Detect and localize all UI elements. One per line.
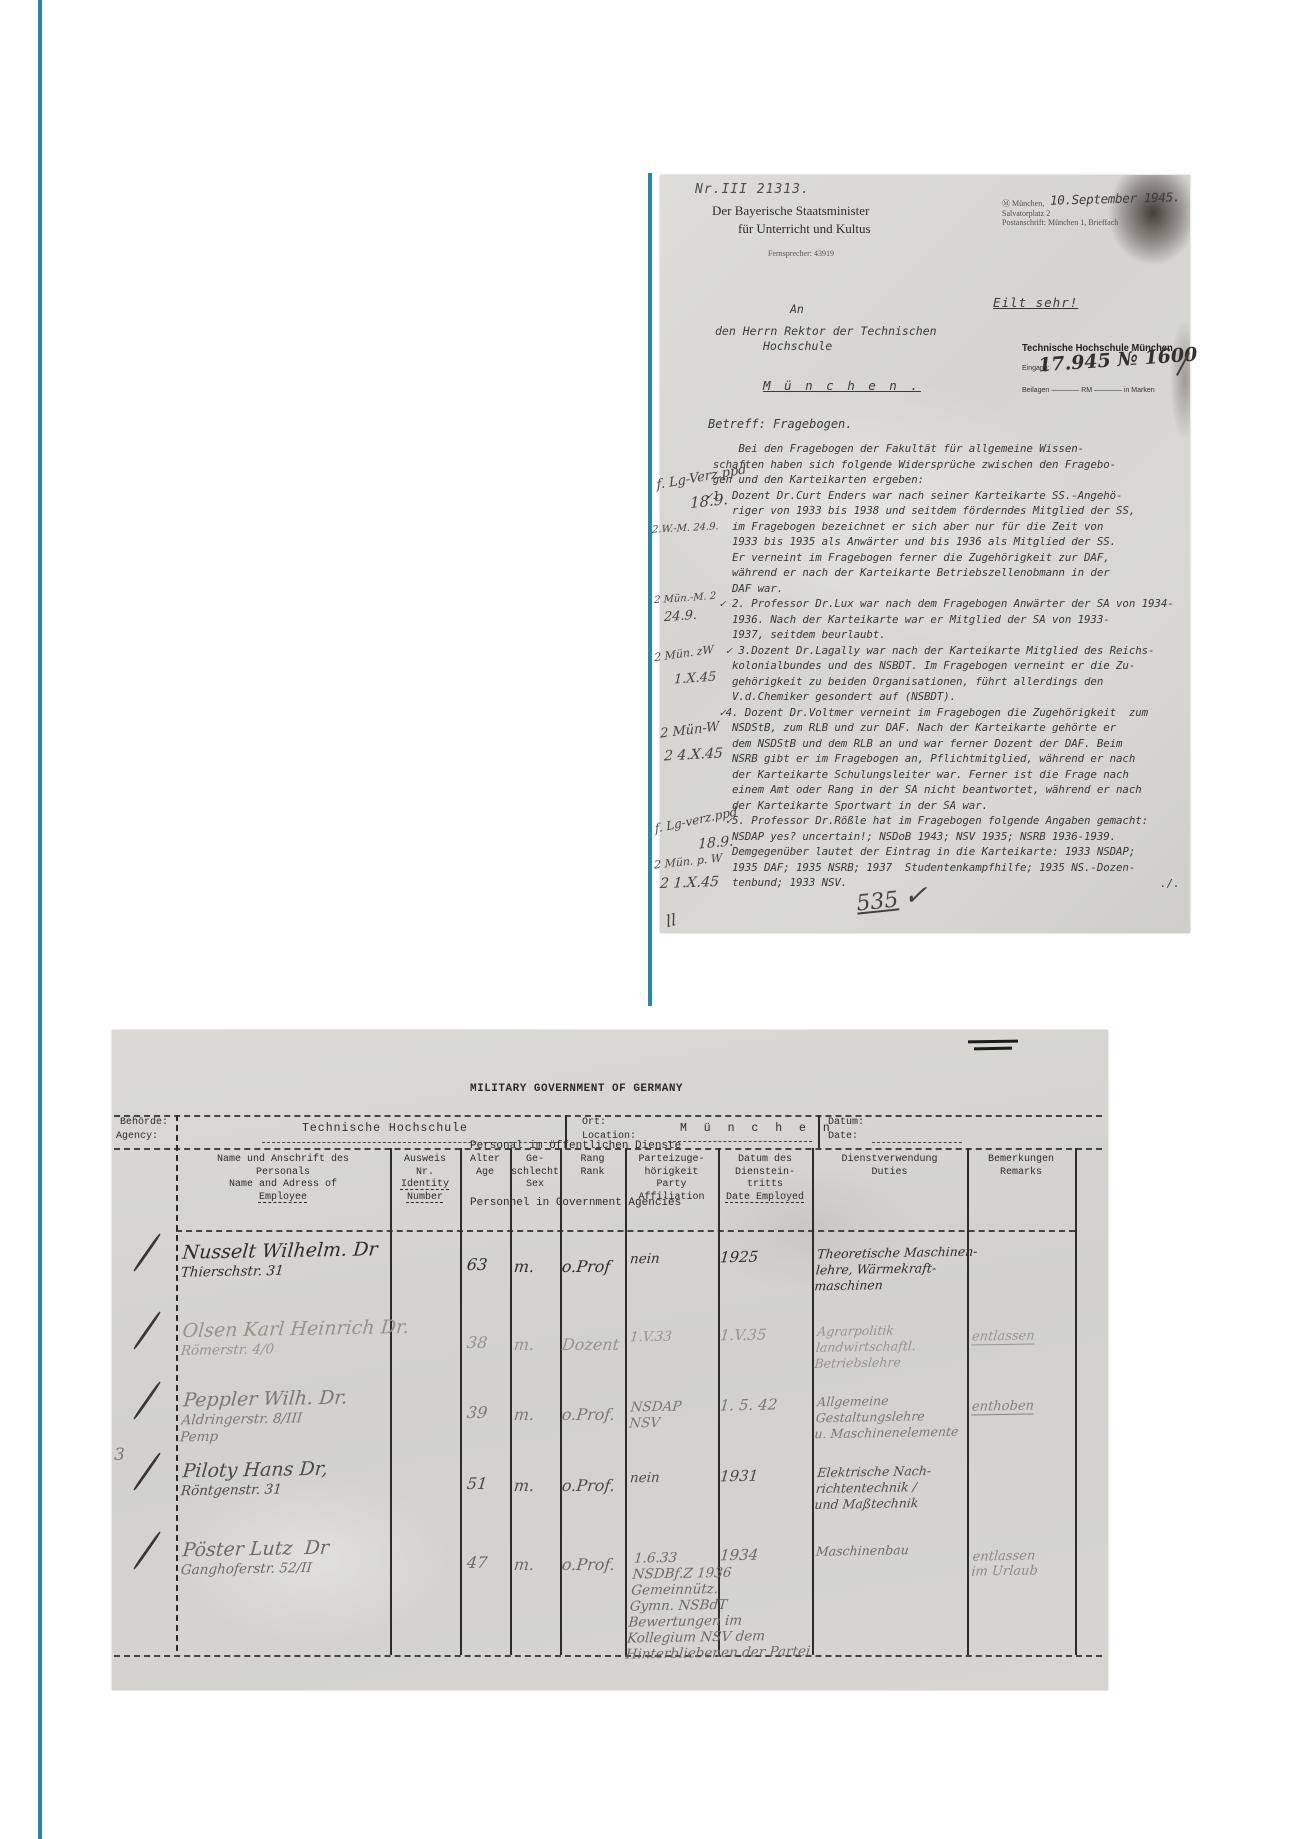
letter-reference-number: Nr.III 21313. (695, 182, 810, 197)
left-margin-rule (38, 0, 42, 1839)
letter-body: Bei den Fragebogen der Fakultät für allg… (700, 441, 1200, 891)
column-header-9: BemerkungenRemarks (967, 1154, 1075, 1179)
marginal-annotation: 1.X.45 (674, 669, 717, 687)
personnel-form-document: MILITARY GOVERNMENT OF GERMANY Personal … (112, 1030, 1108, 1690)
letter-document: Nr.III 21313. Der Bayerische Staatsminis… (660, 175, 1190, 933)
col-line-2 (460, 1148, 462, 1655)
cell-age: 63 (466, 1255, 488, 1274)
column-header-3: AlterAge (460, 1154, 510, 1179)
cell-age: 39 (466, 1403, 488, 1422)
cell-date-employed: 1. 5. 42 (719, 1397, 778, 1415)
marginal-annotation: ll (665, 910, 678, 932)
col-line-1 (390, 1148, 392, 1655)
cell-party-affiliation: 1.V.33 (629, 1329, 672, 1346)
urgency-note: Eilt sehr! (993, 295, 1078, 310)
checkmark-slash-icon (133, 1381, 162, 1420)
cell-party-affiliation: 1.6.33NSDBf.Z 1936Gemeinnütz.Gymn. NSBdT… (625, 1547, 819, 1662)
cell-remarks: entlassen (971, 1328, 1035, 1345)
cell-name: Olsen Karl Heinrich Dr.Römerstr. 4/0 (180, 1315, 410, 1360)
cell-duties: Maschinenbau (815, 1542, 909, 1560)
cell-sex: m. (513, 1476, 535, 1495)
column-header-7: Datum desDienstein-trittsDate Employed (718, 1154, 812, 1204)
col-line-5 (625, 1148, 627, 1655)
cell-name: Pöster Lutz DrGanghoferstr. 52/II (180, 1536, 330, 1580)
recipient-city: M ü n c h e n . (763, 378, 921, 393)
recipient-line1: den Herrn Rektor der Technischen (715, 324, 937, 338)
form-title-block: MILITARY GOVERNMENT OF GERMANY Personal … (470, 1042, 683, 1251)
checkmark-slash-icon (133, 1531, 162, 1570)
agency-label-en: Agency: (116, 1130, 158, 1143)
agency-divider-1 (565, 1115, 567, 1148)
cell-age: 51 (466, 1474, 488, 1493)
stamp-beilagen-line: Beilagen ———— RM ———— in Marken (1022, 387, 1155, 394)
cell-date-employed: 1925 (719, 1249, 759, 1267)
letter-phone: Fernsprecher: 43919 (768, 249, 834, 258)
cell-duties: AllgemeineGestaltungslehreu. Maschinenel… (814, 1392, 962, 1443)
col-line-3 (510, 1148, 512, 1655)
col-line-8 (967, 1148, 969, 1655)
handwritten-equals-mark (968, 1040, 1018, 1054)
marginal-annotation: 2 1.X.45 (659, 874, 719, 892)
marginal-annotation: 24.9. (664, 608, 698, 625)
agency-row-rule (114, 1148, 1102, 1150)
cell-party-affiliation: nein (629, 1470, 660, 1487)
cell-party-affiliation: nein (629, 1251, 660, 1268)
letter-address-small2: Postanschrift: München 1, Brieffach (1002, 218, 1118, 228)
column-header-4: Ge-schlechtSex (510, 1154, 560, 1192)
marginal-annotation: 18.9. (698, 833, 734, 852)
table-right-border (1075, 1148, 1077, 1655)
marginal-annotation: 2 4.X.45 (664, 745, 724, 764)
letter-margin-rule (648, 173, 652, 1006)
location-underline (668, 1141, 812, 1142)
cell-sex: m. (513, 1335, 535, 1354)
cell-rank: o.Prof. (561, 1555, 616, 1574)
cell-remarks: enthoben (971, 1398, 1034, 1415)
cell-age: 47 (466, 1553, 488, 1572)
letter-sender-line2: für Unterricht und Kultus (738, 221, 871, 237)
letter-date: 10.September 1945. (1050, 189, 1180, 207)
receipt-stamp: Technische Hochschule München Eingang: 1… (1022, 343, 1192, 405)
column-header-8: DienstverwendungDuties (812, 1154, 967, 1179)
form-title: MILITARY GOVERNMENT OF GERMANY (470, 1080, 683, 1099)
column-header-2: AusweisNr.IdentityNumber (390, 1154, 460, 1204)
cell-sex: m. (513, 1405, 535, 1424)
location-label-de: Ort: (582, 1116, 606, 1129)
cell-duties: Elektrische Nach-richtentechnik /und Maß… (814, 1463, 932, 1513)
cell-sex: m. (513, 1555, 535, 1574)
checkmark-slash-icon (133, 1233, 162, 1272)
checkmark-slash-icon (133, 1452, 162, 1491)
cell-rank: o.Prof. (561, 1405, 616, 1424)
cell-age: 38 (466, 1333, 488, 1352)
agency-underline (262, 1142, 557, 1143)
column-header-6: Parteizuge-hörigkeitPartyAffiliation (625, 1154, 718, 1204)
letter-sender-line1: Der Bayerische Staatsminister (712, 203, 869, 219)
letter-address-small1: Salvatorplatz 2 (1002, 209, 1118, 219)
cell-duties: Agrarpolitiklandwirtschaftl.Betriebslehr… (814, 1322, 918, 1372)
recipient-line2: Hochschule (763, 339, 832, 353)
table-top-rule (114, 1115, 1102, 1117)
agency-label-de: Behörde: (120, 1116, 168, 1129)
table-bottom-rule (114, 1655, 1102, 1657)
letter-subject: Betreff: Fragebogen. (708, 417, 853, 431)
date-label-de: Datum: (828, 1116, 864, 1129)
location-label-en: Location: (582, 1130, 636, 1143)
cell-party-affiliation: NSDAPNSV (629, 1399, 683, 1432)
cell-rank: o.Prof. (561, 1476, 616, 1495)
date-underline (872, 1142, 962, 1143)
cell-date-employed: 1931 (719, 1468, 759, 1486)
cell-date-employed: 1.V.35 (719, 1327, 767, 1345)
cell-duties: Theoretische Maschinen-lehre, Wärmekraft… (814, 1244, 978, 1295)
margin-note: 3 (114, 1445, 125, 1465)
cell-rank: o.Prof (561, 1257, 611, 1276)
cell-remarks: entlassenim Urlaub (971, 1548, 1040, 1579)
checkmark-slash-icon (133, 1311, 162, 1350)
cell-name: Piloty Hans Dr,Röntgenstr. 31 (180, 1457, 329, 1501)
page-continuation-mark: ./. (1160, 877, 1180, 890)
check-icon: ✓ (903, 878, 928, 912)
agency-value: Technische Hochschule (302, 1122, 468, 1135)
date-label-en: Date: (828, 1130, 858, 1143)
cell-rank: Dozent (561, 1335, 620, 1354)
recipient-an: An (790, 302, 804, 316)
cell-name: Nusselt Wilhelm. DrThierschstr. 31 (180, 1237, 379, 1281)
cell-sex: m. (513, 1257, 535, 1276)
location-value: M ü n c h e n (680, 1122, 835, 1135)
column-header-1: Name und Anschrift desPersonalsName and … (176, 1154, 390, 1204)
cell-name: Peppler Wilh. Dr.Aldringerstr. 8/IIIPemp (179, 1386, 348, 1447)
handwritten-file-number: 535✓ (854, 877, 929, 917)
cell-date-employed: 1934 (719, 1547, 759, 1565)
col-line-4 (560, 1148, 562, 1655)
column-header-5: RangRank (560, 1154, 625, 1179)
